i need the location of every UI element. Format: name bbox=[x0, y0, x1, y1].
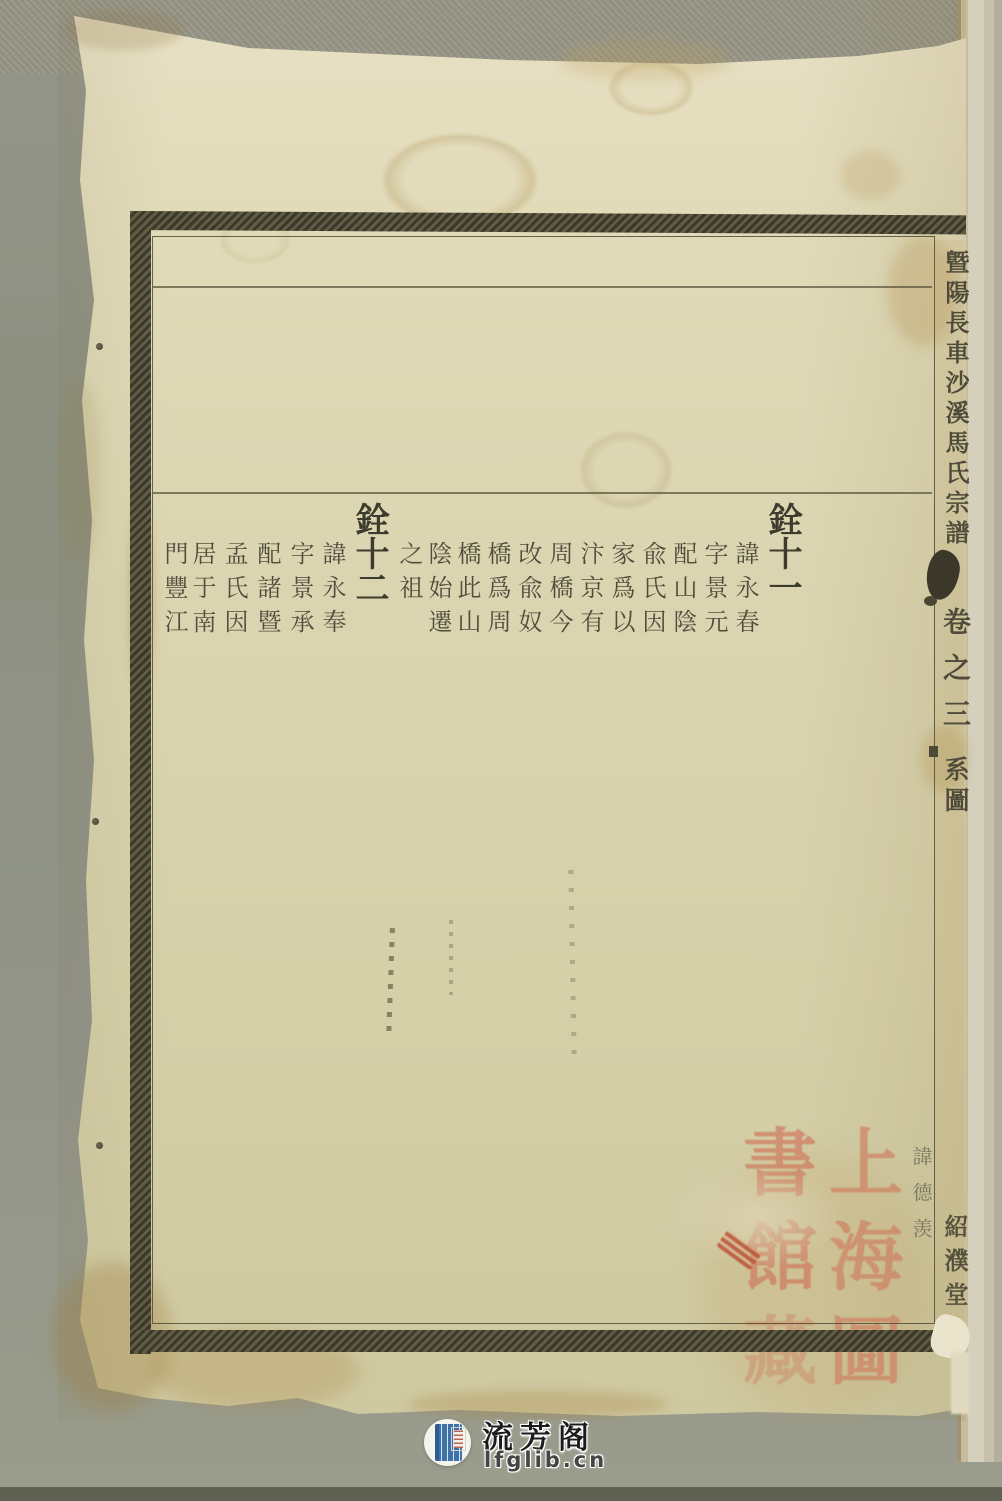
binding-hole bbox=[92, 818, 99, 825]
torn-corner-patch bbox=[951, 1352, 969, 1414]
entry-note-column: 配山陰 bbox=[665, 541, 700, 643]
table-edge bbox=[0, 1487, 1002, 1501]
binding-hole bbox=[96, 1142, 103, 1149]
entry-note-column: 之祖 bbox=[391, 541, 426, 609]
frame-left-band bbox=[130, 211, 151, 1354]
scanned-genealogy-photo: 上海圖 書館藏 曁陽長車沙溪馬氏宗譜 卷之三 系圖 紹濮堂 諱德羡 銓十一 諱永… bbox=[0, 0, 1002, 1501]
entry-note-column: 汴京有 bbox=[572, 541, 607, 643]
book-label-icon bbox=[451, 1427, 466, 1451]
entry-note-column: 諱永春 bbox=[727, 541, 762, 643]
entry-note-column: 字景承 bbox=[282, 541, 317, 643]
entry-name-column: 銓十一 bbox=[757, 502, 806, 604]
entry-note-column: 諱永奉 bbox=[314, 541, 349, 643]
entry-note-column: 改兪奴 bbox=[510, 541, 545, 643]
book-title: 曁陽長車沙溪馬氏宗譜 bbox=[937, 250, 972, 550]
entry-note-column: 周橋今 bbox=[541, 541, 576, 643]
section-label: 系圖 bbox=[936, 756, 972, 818]
entry-note-column: 橋爲周 bbox=[479, 541, 514, 643]
entry-note-column: 孟氏因 bbox=[216, 541, 251, 643]
ink-blot bbox=[924, 596, 937, 606]
header-rule bbox=[153, 286, 932, 288]
hall-mark: 紹濮堂 bbox=[936, 1214, 971, 1316]
entry-name-column: 銓十二 bbox=[344, 502, 393, 604]
entry-note-column: 兪氏因 bbox=[634, 541, 669, 643]
frame-inner-line bbox=[152, 236, 935, 1324]
entry-note-column: 配諸暨 bbox=[249, 541, 284, 643]
showthrough-name: 諱德羡 bbox=[906, 1146, 935, 1254]
text-block-rule bbox=[153, 492, 932, 494]
entry-note-column: 門豐江 bbox=[156, 541, 191, 643]
frame-bottom-band bbox=[130, 1330, 960, 1352]
watermark-site-url: lfglib.cn bbox=[484, 1448, 607, 1472]
entry-note-column: 字景元 bbox=[696, 541, 731, 643]
binding-hole bbox=[96, 343, 103, 350]
volume-label: 卷之三 bbox=[934, 607, 974, 745]
entry-note-column: 家爲以 bbox=[603, 541, 638, 643]
